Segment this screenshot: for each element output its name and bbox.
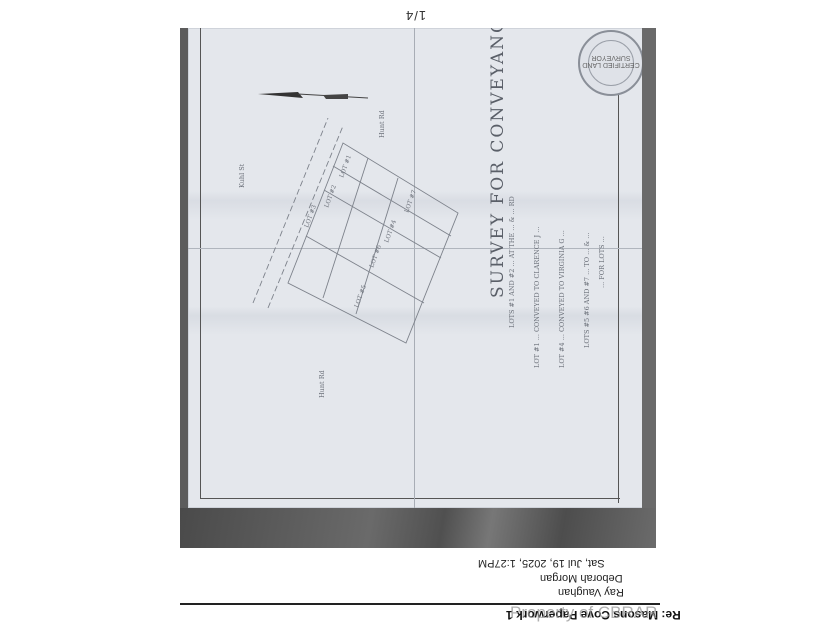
svg-text:LOT #7: LOT #7: [403, 189, 418, 214]
email-sender: Ray Vaughan: [558, 584, 624, 599]
street-label: Hunt Rd: [318, 370, 326, 398]
scanned-document: CERTIFIED LAND SURVEYOR LOT #3 LOT #1 LO: [180, 28, 656, 548]
street-label: Hunt Rd: [378, 110, 386, 138]
plat-border-right: [618, 38, 619, 503]
plat-note: LOT #4 ... CONVEYED TO VIRGINIA G ...: [558, 230, 566, 368]
north-arrow-icon: [258, 92, 368, 100]
plat-border-left: [200, 28, 201, 498]
plat-title: SURVEY FOR CONVEYANCE: [488, 28, 508, 298]
page-indicator: 1/4: [405, 8, 426, 23]
plat-note: LOTS #5 #6 AND #7 ... TO ... & ...: [583, 233, 591, 348]
email-timestamp: Sat, Jul 19, 2025, 1:27PM: [478, 555, 605, 570]
lot-diagram: LOT #3 LOT #1 LOT #2 LOT #6 LOT #4 LOT #…: [248, 118, 468, 358]
svg-text:LOT #1: LOT #1: [338, 154, 353, 179]
plat-note: ... FOR LOTS ...: [598, 236, 606, 288]
street-label: Kuhl St: [238, 164, 246, 188]
svg-text:LOT #5: LOT #5: [353, 284, 368, 309]
survey-plat-paper: CERTIFIED LAND SURVEYOR LOT #3 LOT #1 LO: [188, 28, 648, 508]
plat-note: LOTS #1 AND #2 ... AT THE ... & ... RD: [508, 196, 516, 328]
plat-border-bottom: [200, 498, 620, 499]
watermark: Property of CBRAR: [510, 603, 657, 623]
email-recipient: Deborah Morgan: [540, 570, 623, 585]
background-surface: [180, 508, 656, 548]
surveyor-seal-icon: CERTIFIED LAND SURVEYOR: [578, 30, 644, 96]
svg-text:LOT #6: LOT #6: [368, 244, 383, 269]
plat-note: LOT #1 ... CONVEYED TO CLARENCE J ...: [533, 227, 541, 368]
